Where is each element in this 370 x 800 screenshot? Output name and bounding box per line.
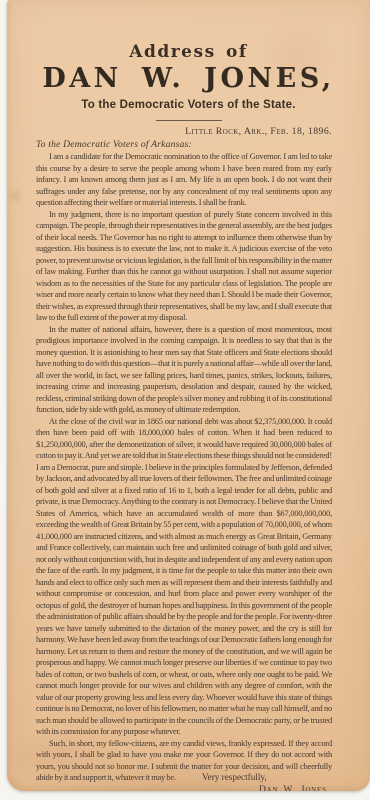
- divider-rule: [156, 120, 222, 121]
- body-text: I am a candidate for the Democratic nomi…: [7, 150, 370, 784]
- broadside-paper: Address of DAN W. JONES, To the Democrat…: [7, 0, 370, 791]
- body-paragraph: In the matter of national affairs, howev…: [36, 324, 332, 416]
- dateline: Little Rock, Ark., Feb. 18, 1896.: [7, 126, 370, 137]
- body-paragraph: In my judgment, there is no important qu…: [36, 209, 332, 324]
- page-subtitle: To the Democratic Voters of the State.: [7, 99, 370, 111]
- page-pretitle: Address of: [7, 42, 370, 62]
- signature: Dan W. Jones.: [7, 784, 370, 792]
- screenshot-stage: Address of DAN W. JONES, To the Democrat…: [0, 0, 370, 800]
- salutation: To the Democratic Voters of Arkansas:: [7, 139, 370, 150]
- body-paragraph: At the close of the civil war in 1865 ou…: [36, 416, 332, 738]
- body-paragraph: I am a candidate for the Democratic nomi…: [36, 151, 332, 209]
- page-title: DAN W. JONES,: [7, 63, 370, 94]
